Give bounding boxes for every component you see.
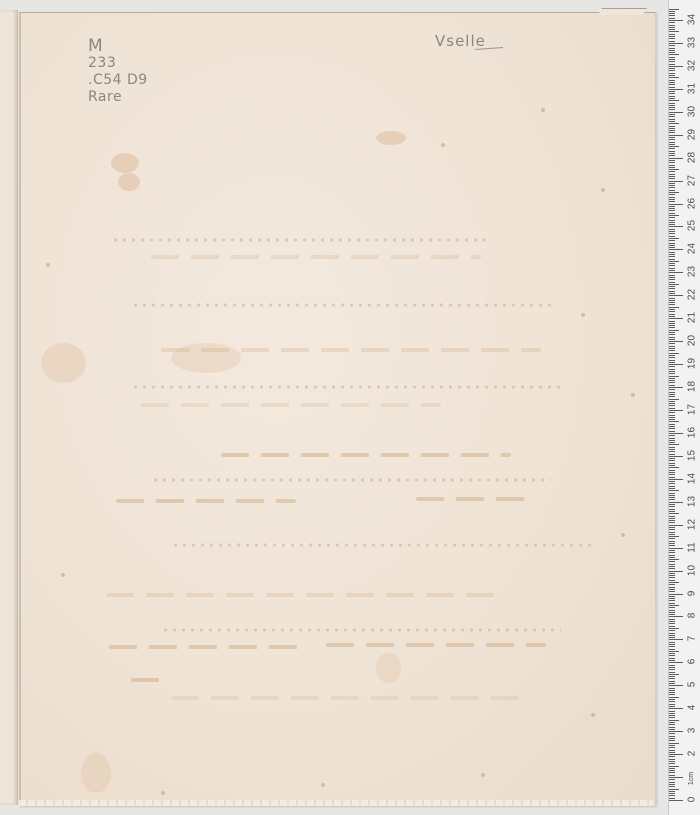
ruler-label: 18 [687,379,698,395]
ruler-tick [669,623,675,624]
ruler-tick [669,795,675,796]
ruler-tick [669,577,675,578]
bleed-through-staff [416,497,531,501]
ruler-tick [669,573,675,574]
ruler-tick [669,720,679,721]
ruler-tick [669,566,675,567]
ruler-tick [669,272,683,273]
ruler-tick [669,499,675,500]
ruler-label: 4 [687,700,698,716]
ruler-tick [669,114,675,115]
ruler-tick [669,158,683,159]
ruler-label: 20 [687,333,698,349]
ruler-tick [669,704,675,705]
ruler-tick [669,204,683,205]
ruler-tick [669,121,675,122]
ruler-tick [669,793,675,794]
catalog-annotation: M 233 .C54 D9 Rare [88,38,148,106]
ruler-tick [669,488,675,489]
ruler-tick [669,22,675,23]
ruler-tick [669,259,675,260]
ruler-tick [669,603,675,604]
ruler-tick [669,13,675,14]
ruler-tick [669,669,675,670]
ruler-tick [669,493,675,494]
ruler-tick [669,178,675,179]
ruler-tick [669,736,675,737]
ruler-tick [669,167,675,168]
ruler-tick [669,438,675,439]
ruler-tick [669,9,679,10]
ruler-tick [669,348,675,349]
ruler-tick [669,91,675,92]
ruler-tick [669,295,683,296]
ruler-tick [669,382,675,383]
ruler-tick [669,417,675,418]
ruler-label: 33 [687,34,698,50]
ruler-tick [669,61,675,62]
ruler-tick [669,105,675,106]
ruler-tick [669,151,675,152]
bleed-through-notes [171,543,591,547]
ruler-tick [669,516,675,517]
ruler-tick [669,270,675,271]
bleed-through-notes [161,628,561,632]
ruler-tick [669,73,675,74]
ruler-tick [669,777,683,778]
ruler-tick [669,45,675,46]
ruler-tick [669,31,679,32]
ruler-tick [669,504,675,505]
ruler-tick [669,458,675,459]
ruler-tick [669,64,675,65]
ruler-tick [669,630,675,631]
ruler-tick [669,337,675,338]
bleed-through-staff [141,403,441,407]
ruler-tick [669,419,675,420]
ruler-tick [669,559,679,560]
ruler-tick [669,80,675,81]
ruler-tick [669,607,675,608]
ruler-tick [669,745,675,746]
bleed-through-notes [131,303,551,307]
ruler-tick [669,479,683,480]
ruler-tick [669,525,683,526]
ruler-tick [669,70,675,71]
ruler-tick [669,587,675,588]
ruler-tick [669,75,675,76]
bleed-through-staff [131,678,171,682]
ruler-tick [669,107,675,108]
foxing-stain [376,653,401,683]
ruler-tick [669,715,675,716]
bleed-through-staff [161,348,541,352]
ruler-tick [669,77,679,78]
ruler-tick [669,511,675,512]
ruler-label: 11 [687,539,698,555]
ruler-tick [669,674,679,675]
ruler-tick [669,596,675,597]
ruler-label: 23 [687,264,698,280]
ruler-tick [669,169,679,170]
ruler-tick [669,644,675,645]
ruler-tick [669,139,675,140]
ruler-tick [669,282,675,283]
ruler-tick [669,552,675,553]
ruler-tick [669,190,675,191]
ruler-label: 27 [687,172,698,188]
ruler-tick [669,538,675,539]
bleed-through-notes [131,385,561,389]
ruler-tick [669,224,675,225]
ruler-tick [669,220,675,221]
bleed-through-notes [151,478,551,482]
ruler-tick [669,364,683,365]
ruler-tick [669,692,675,693]
ruler-tick [669,754,683,755]
ruler-tick [669,100,679,101]
ruler-tick [669,747,675,748]
ruler-tick [669,27,675,28]
ruler-tick [669,332,675,333]
ruler-tick [669,350,675,351]
ruler-tick [669,722,675,723]
ruler-tick [669,249,683,250]
ruler-tick [669,655,675,656]
ruler-tick [669,619,675,620]
ruler-tick [669,784,675,785]
ruler-tick [669,729,675,730]
ruler-label: 17 [687,402,698,418]
ruler-label: 8 [687,608,698,624]
ruler-label: 12 [687,516,698,532]
ruler-tick [669,334,675,335]
ruler-tick [669,183,675,184]
ruler-tick [669,155,675,156]
ruler-tick [669,550,675,551]
ruler-tick [669,84,675,85]
ruler-tick [669,697,679,698]
ruler-tick [669,201,675,202]
ruler-tick [669,481,675,482]
ruler-tick [669,433,683,434]
adjacent-page-edge [0,10,18,805]
ruler-tick [669,185,675,186]
ruler-tick [669,392,675,393]
ruler-tick [669,279,675,280]
ruler-tick [669,194,675,195]
deckled-page-edge [19,800,653,806]
ruler-tick [669,68,675,69]
ruler-tick [669,25,675,26]
ruler-tick [669,330,679,331]
document-page [19,12,656,806]
ruler-tick [669,424,675,425]
ruler-tick [669,116,675,117]
ruler-tick [669,633,675,634]
ruler-tick [669,483,675,484]
ruler-tick [669,316,675,317]
ruler-tick [669,415,675,416]
ruler-tick [669,509,675,510]
ruler-tick [669,410,683,411]
ruler-tick [669,727,675,728]
ruler-label: 21 [687,310,698,326]
ruler-tick [669,275,675,276]
ruler-label: 7 [687,631,698,647]
ruler-tick [669,463,675,464]
ruler-tick [669,286,675,287]
ruler-label: 25 [687,218,698,234]
ruler-label: 16 [687,424,698,440]
ruler-tick [669,426,675,427]
ruler-tick [669,651,679,652]
ruler-tick [669,513,679,514]
ruler-tick [669,187,675,188]
ruler-tick [669,598,675,599]
ruler-tick [669,408,675,409]
ruler-tick [669,605,679,606]
ruler-tick [669,740,675,741]
ruler-tick [669,589,675,590]
ruler-tick [669,57,675,58]
ruler-tick [669,428,675,429]
ruler-tick [669,582,679,583]
ruler-tick [669,325,675,326]
ruler-tick [669,688,675,689]
ruler-tick [669,449,675,450]
ruler-tick [669,713,675,714]
ruler-tick [669,371,675,372]
ruler-tick [669,768,675,769]
ruler-tick [669,298,675,299]
ruler-tick [669,146,679,147]
ruler-tick [669,288,675,289]
ruler-tick [669,421,679,422]
ruler-tick [669,442,675,443]
ruler-tick [669,660,675,661]
ruler-tick [669,724,675,725]
ruler-tick [669,681,675,682]
ruler-tick [669,132,675,133]
ruler-tick [669,626,675,627]
ruler-tick [669,506,675,507]
ruler-tick [669,109,675,110]
ruler-tick [669,240,675,241]
ruler-tick [669,594,683,595]
ruler-tick [669,564,675,565]
foxing-stain [376,131,406,145]
foxing-stain [118,173,140,191]
ruler-tick [669,360,675,361]
ruler-label: 9 [687,585,698,601]
ruler-tick [669,261,679,262]
ruler-tick [669,373,675,374]
ruler-tick [669,174,675,175]
ruler-tick [669,536,679,537]
ruler-tick [669,153,675,154]
ruler-label: 19 [687,356,698,372]
bleed-through-staff [326,643,546,647]
ruler-tick [669,197,675,198]
ruler-tick [669,628,679,629]
ruler-tick [669,610,675,611]
ruler-tick [669,192,679,193]
ruler-tick [669,123,679,124]
ruler-tick [669,733,675,734]
ruler-tick [669,199,675,200]
bleed-through-staff [116,499,296,503]
ruler-tick [669,126,675,127]
ruler-tick [669,160,675,161]
ruler-tick [669,165,675,166]
ruler-tick [669,731,683,732]
name-annotation: Vselle [435,32,486,50]
ruler-tick [669,465,675,466]
ruler-tick [669,176,675,177]
ruler-label: 34 [687,12,698,28]
ruler-tick [669,327,675,328]
ruler-tick [669,717,675,718]
ruler-tick [669,474,675,475]
ruler-tick [669,763,675,764]
ruler-tick [669,403,675,404]
catalog-line: 233 [88,55,148,72]
ruler-tick [669,130,675,131]
ruler-tick [669,683,675,684]
ruler-tick [669,401,675,402]
ruler-tick [669,43,683,44]
ruler-tick [669,394,675,395]
ruler-tick [669,658,675,659]
ruler-tick [669,243,675,244]
ruler-tick [669,263,675,264]
ruler-tick [669,304,675,305]
ruler-tick [669,380,675,381]
ruler-tick [669,520,675,521]
ruler-tick [669,750,675,751]
catalog-line: Rare [88,89,148,106]
ruler-tick [669,148,675,149]
ruler-tick [669,293,675,294]
ruler-tick [669,743,679,744]
ruler-tick [669,226,683,227]
catalog-line: .C54 D9 [88,72,148,89]
ruler-tick [669,87,675,88]
ruler-tick [669,238,679,239]
ruler-tick [669,548,683,549]
ruler-tick [669,440,675,441]
ruler-tick [669,323,675,324]
ruler-tick [669,637,675,638]
ruler-tick [669,341,683,342]
foxing-stain [111,153,139,173]
catalog-line: M [88,38,148,55]
ruler-tick [669,208,675,209]
ruler-label: 29 [687,126,698,142]
ruler-label: 0 [687,792,698,808]
ruler-label: 10 [687,562,698,578]
page-corner [598,8,647,15]
ruler-label: 3 [687,723,698,739]
ruler-tick [669,786,675,787]
ruler-tick [669,339,675,340]
ruler-tick [669,128,675,129]
ruler-tick [669,534,675,535]
ruler-tick [669,353,679,354]
ruler-tick [669,412,675,413]
ruler-tick [669,50,675,51]
ruler-tick [669,385,675,386]
ruler-tick [669,366,675,367]
bleed-through-staff [221,453,511,457]
ruler-tick [669,706,675,707]
ruler-tick [669,571,683,572]
ruler-tick [669,555,675,556]
ruler-tick [669,701,675,702]
ruler-tick [669,591,675,592]
ruler-tick [669,34,675,35]
ruler-tick [669,431,675,432]
ruler-tick [669,284,679,285]
ruler-tick [669,41,675,42]
ruler-tick [669,672,675,673]
ruler-tick [669,662,683,663]
ruler-tick [669,543,675,544]
bleed-through-staff [151,255,481,259]
foxing-stain [41,343,86,383]
ruler-tick [669,800,683,801]
ruler-tick [669,142,675,143]
ruler-tick [669,580,675,581]
ruler-tick [669,362,675,363]
ruler-tick [669,389,675,390]
ruler-tick [669,98,675,99]
ruler-tick [669,135,683,136]
ruler-label: 14 [687,470,698,486]
ruler-tick [669,490,679,491]
ruler-tick [669,502,683,503]
ruler-tick [669,738,675,739]
ruler-tick [669,667,675,668]
ruler-tick [669,36,675,37]
ruler-tick [669,798,675,799]
ruler-tick [669,678,675,679]
ruler-tick [669,756,675,757]
ruler-tick [669,247,675,248]
ruler-tick [669,694,675,695]
ruler-tick [669,399,679,400]
ruler-tick [669,355,675,356]
ruler-tick [669,472,675,473]
ruler-tick [669,532,675,533]
ruler-tick [669,20,683,21]
ruler-tick [669,277,675,278]
ruler-tick [669,378,675,379]
ruler-tick [669,772,675,773]
ruler-label: 28 [687,149,698,165]
ruler-tick [669,222,675,223]
ruler-tick [669,346,675,347]
ruler-tick [669,690,675,691]
ruler-tick [669,52,675,53]
ruler-tick [669,791,675,792]
ruler-tick [669,217,675,218]
ruler-tick [669,318,683,319]
ruler-tick [669,300,675,301]
ruler-tick [669,387,683,388]
ruler-tick [669,545,675,546]
